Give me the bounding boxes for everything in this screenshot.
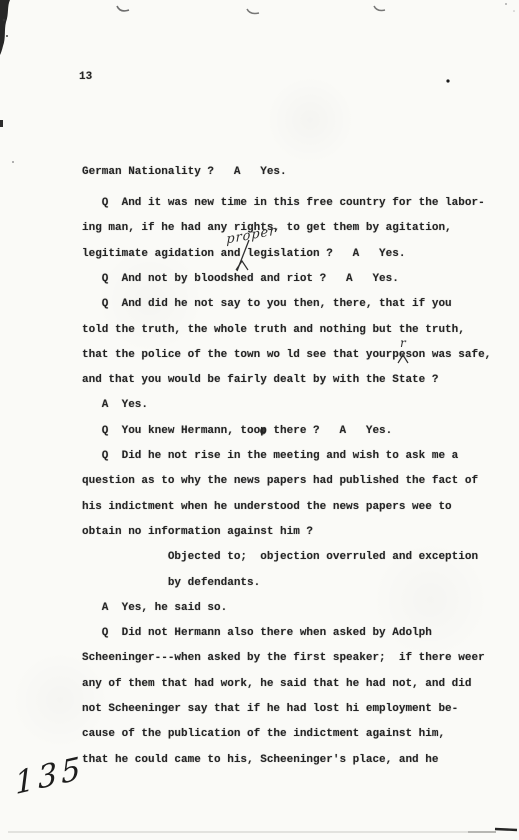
typed-line: Q And did he not say to you then, there,… (82, 292, 452, 317)
typed-line: Q Did he not rise in the meeting and wis… (82, 444, 458, 469)
typed-line: that he could came to his, Scheeninger's… (82, 748, 438, 773)
typed-line: legitimate agidation and legislation ? A… (82, 242, 405, 267)
bottom-edge-dash (495, 829, 517, 830)
typed-line: Q Did not Hermann also there when asked … (82, 621, 432, 646)
typed-line: and that you would be fairly dealt by wi… (82, 368, 438, 393)
typed-line: obtain no information against him ? (82, 520, 313, 545)
typed-line: Scheeninger---when asked by the first sp… (82, 646, 485, 671)
typed-line: Q And it was new time in this free count… (82, 191, 485, 216)
handwritten-folio-number: 135 (14, 750, 85, 803)
typed-line: by defendants. (82, 571, 260, 596)
typed-line: A Yes, he said so. (82, 596, 227, 621)
typed-line: told the truth, the whole truth and noth… (82, 318, 465, 343)
corner-speck (3, 19, 6, 22)
scanned-transcript-page: 13 German Nationality ? A Yes. Q And it … (0, 0, 519, 840)
typed-line: A Yes. (82, 393, 148, 418)
typed-line: his indictment when he understood the ne… (82, 495, 452, 520)
speck (513, 10, 515, 12)
typed-line: that the police of the town wo ld see th… (82, 343, 491, 368)
top-curve-mark (374, 6, 385, 11)
speck (505, 3, 507, 5)
typed-line: Q You knew Hermann, toop there ? A Yes. (82, 419, 392, 444)
typed-line: question as to why the news papers had p… (82, 469, 478, 494)
top-curve-mark (247, 9, 259, 14)
top-curve-mark (117, 6, 129, 11)
typed-line: not Scheeninger say that if he had lost … (82, 697, 458, 722)
corner-smudge (0, 0, 10, 55)
edge-speck (0, 120, 3, 127)
corner-speck (6, 35, 8, 37)
typed-line: cause of the publication of the indictme… (82, 722, 445, 747)
typed-line: German Nationality ? A Yes. (82, 160, 287, 185)
page-number: 13 (79, 70, 92, 84)
handwritten-insert-letter: r (400, 336, 406, 350)
speck (12, 161, 14, 163)
typed-line: Q And not by bloodshed and riot ? A Yes. (82, 267, 399, 292)
stray-dot (446, 79, 449, 82)
typed-line: any of them that had work, he said that … (82, 672, 471, 697)
typed-line: Objected to; objection overruled and exc… (82, 545, 478, 570)
